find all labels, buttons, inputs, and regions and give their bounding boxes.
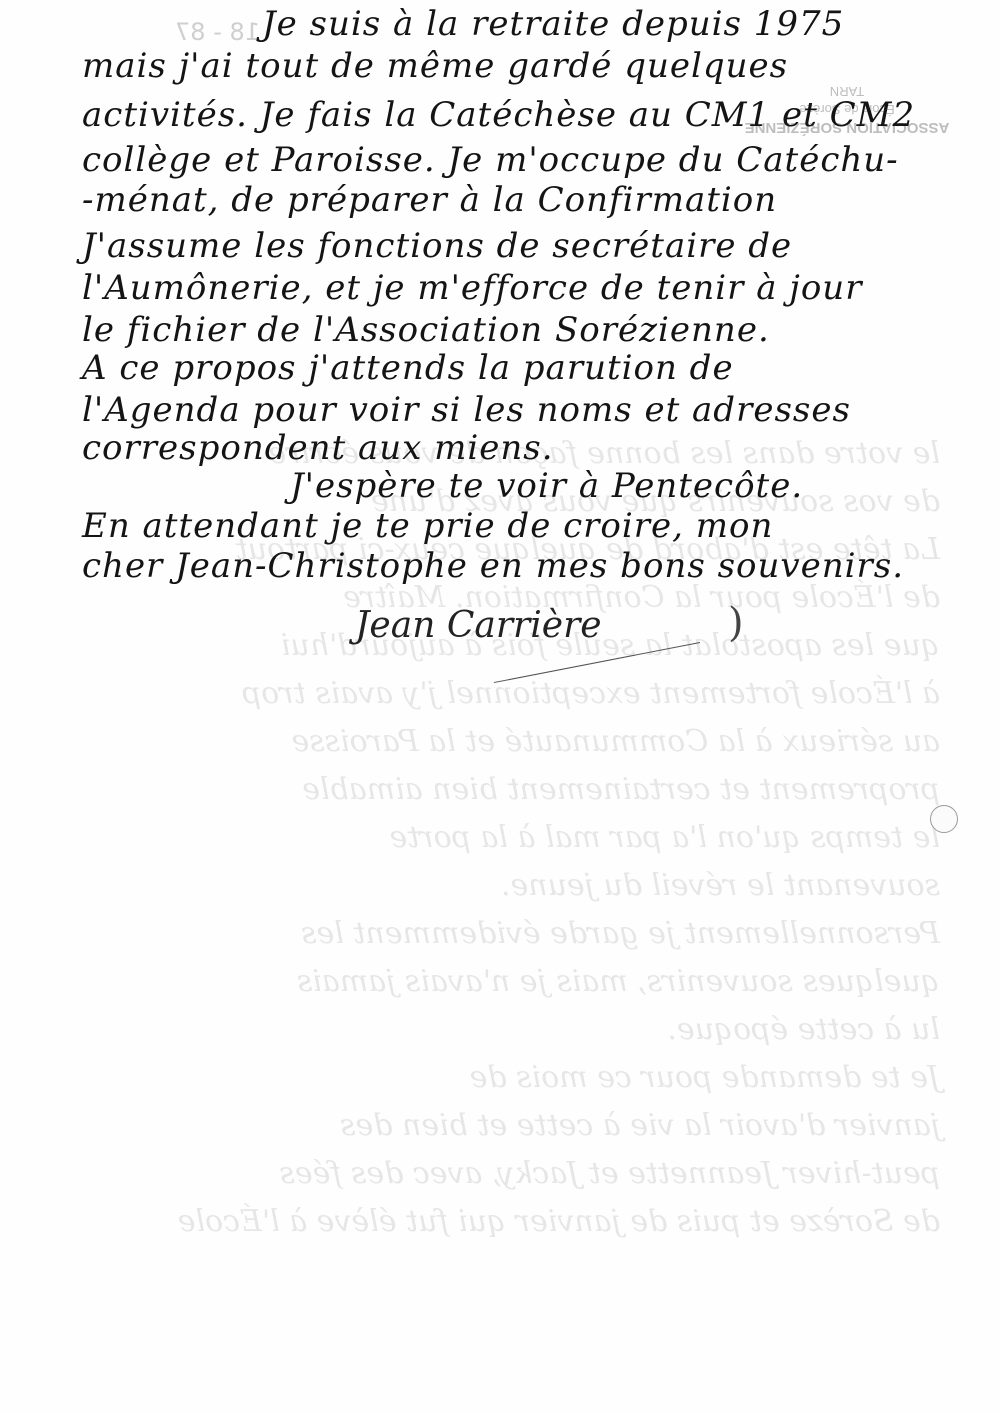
bleed-line: lu à cette époque. xyxy=(0,1006,940,1054)
bleed-line: proprement et certainement bien aimable xyxy=(0,766,940,814)
letter-line: -ménat, de préparer à la Confirmation xyxy=(82,180,777,220)
signature: Jean Carrière xyxy=(355,605,602,646)
letter-line: Je suis à la retraite depuis 1975 xyxy=(262,4,844,44)
bleed-line: le temps qu'on l'a par mal à la porte xyxy=(0,814,940,862)
letter-line: J'assume les fonctions de secrétaire de xyxy=(82,226,792,266)
bleed-line: janvier d'avoir la vie à cette et bien d… xyxy=(0,1102,940,1150)
bleed-line: au sérieux à la Communauté et la Paroiss… xyxy=(0,718,940,766)
letter-line: collège et Paroisse. Je m'occupe du Caté… xyxy=(82,140,899,180)
letter-line: En attendant je te prie de croire, mon xyxy=(82,506,773,546)
bleed-line: à l'École fortement exceptionnel j'y ava… xyxy=(0,670,940,718)
bleed-line: souvenant le réveil du jeune. xyxy=(0,862,940,910)
letter-line: l'Aumônerie, et je m'efforce de tenir à … xyxy=(82,268,862,308)
bleed-line: Personnellement je garde évidemment les xyxy=(0,910,940,958)
letter-line: correspondent aux miens. xyxy=(82,428,554,468)
letter-line: cher Jean-Christophe en mes bons souveni… xyxy=(82,546,904,586)
punch-hole xyxy=(930,805,958,833)
letter-line: l'Agenda pour voir si les noms et adress… xyxy=(82,390,851,430)
letter-line: A ce propos j'attends la parution de xyxy=(82,348,734,388)
page-reference: 18 - 87 xyxy=(175,18,260,46)
letter-line: le fichier de l'Association Sorézienne. xyxy=(82,310,770,350)
letter-page: le votre dans les bonne façon de vous éc… xyxy=(0,0,1000,1413)
bleed-line: quelques souvenirs, mais je n'avais jama… xyxy=(0,958,940,1006)
signature-flourish: ) xyxy=(728,600,744,646)
bleed-line: peut-hiver Jeannette et Jacky, avec des … xyxy=(0,1150,940,1198)
letter-line: activités. Je fais la Catéchèse au CM1 e… xyxy=(82,95,915,135)
bleed-line: de Sorèze et puis de janvier qui fut élè… xyxy=(0,1198,940,1246)
letter-line: mais j'ai tout de même gardé quelques xyxy=(82,46,788,86)
bleed-line: Je te demande pour ce mois de xyxy=(0,1054,940,1102)
letter-line: J'espère te voir à Pentecôte. xyxy=(290,466,803,506)
